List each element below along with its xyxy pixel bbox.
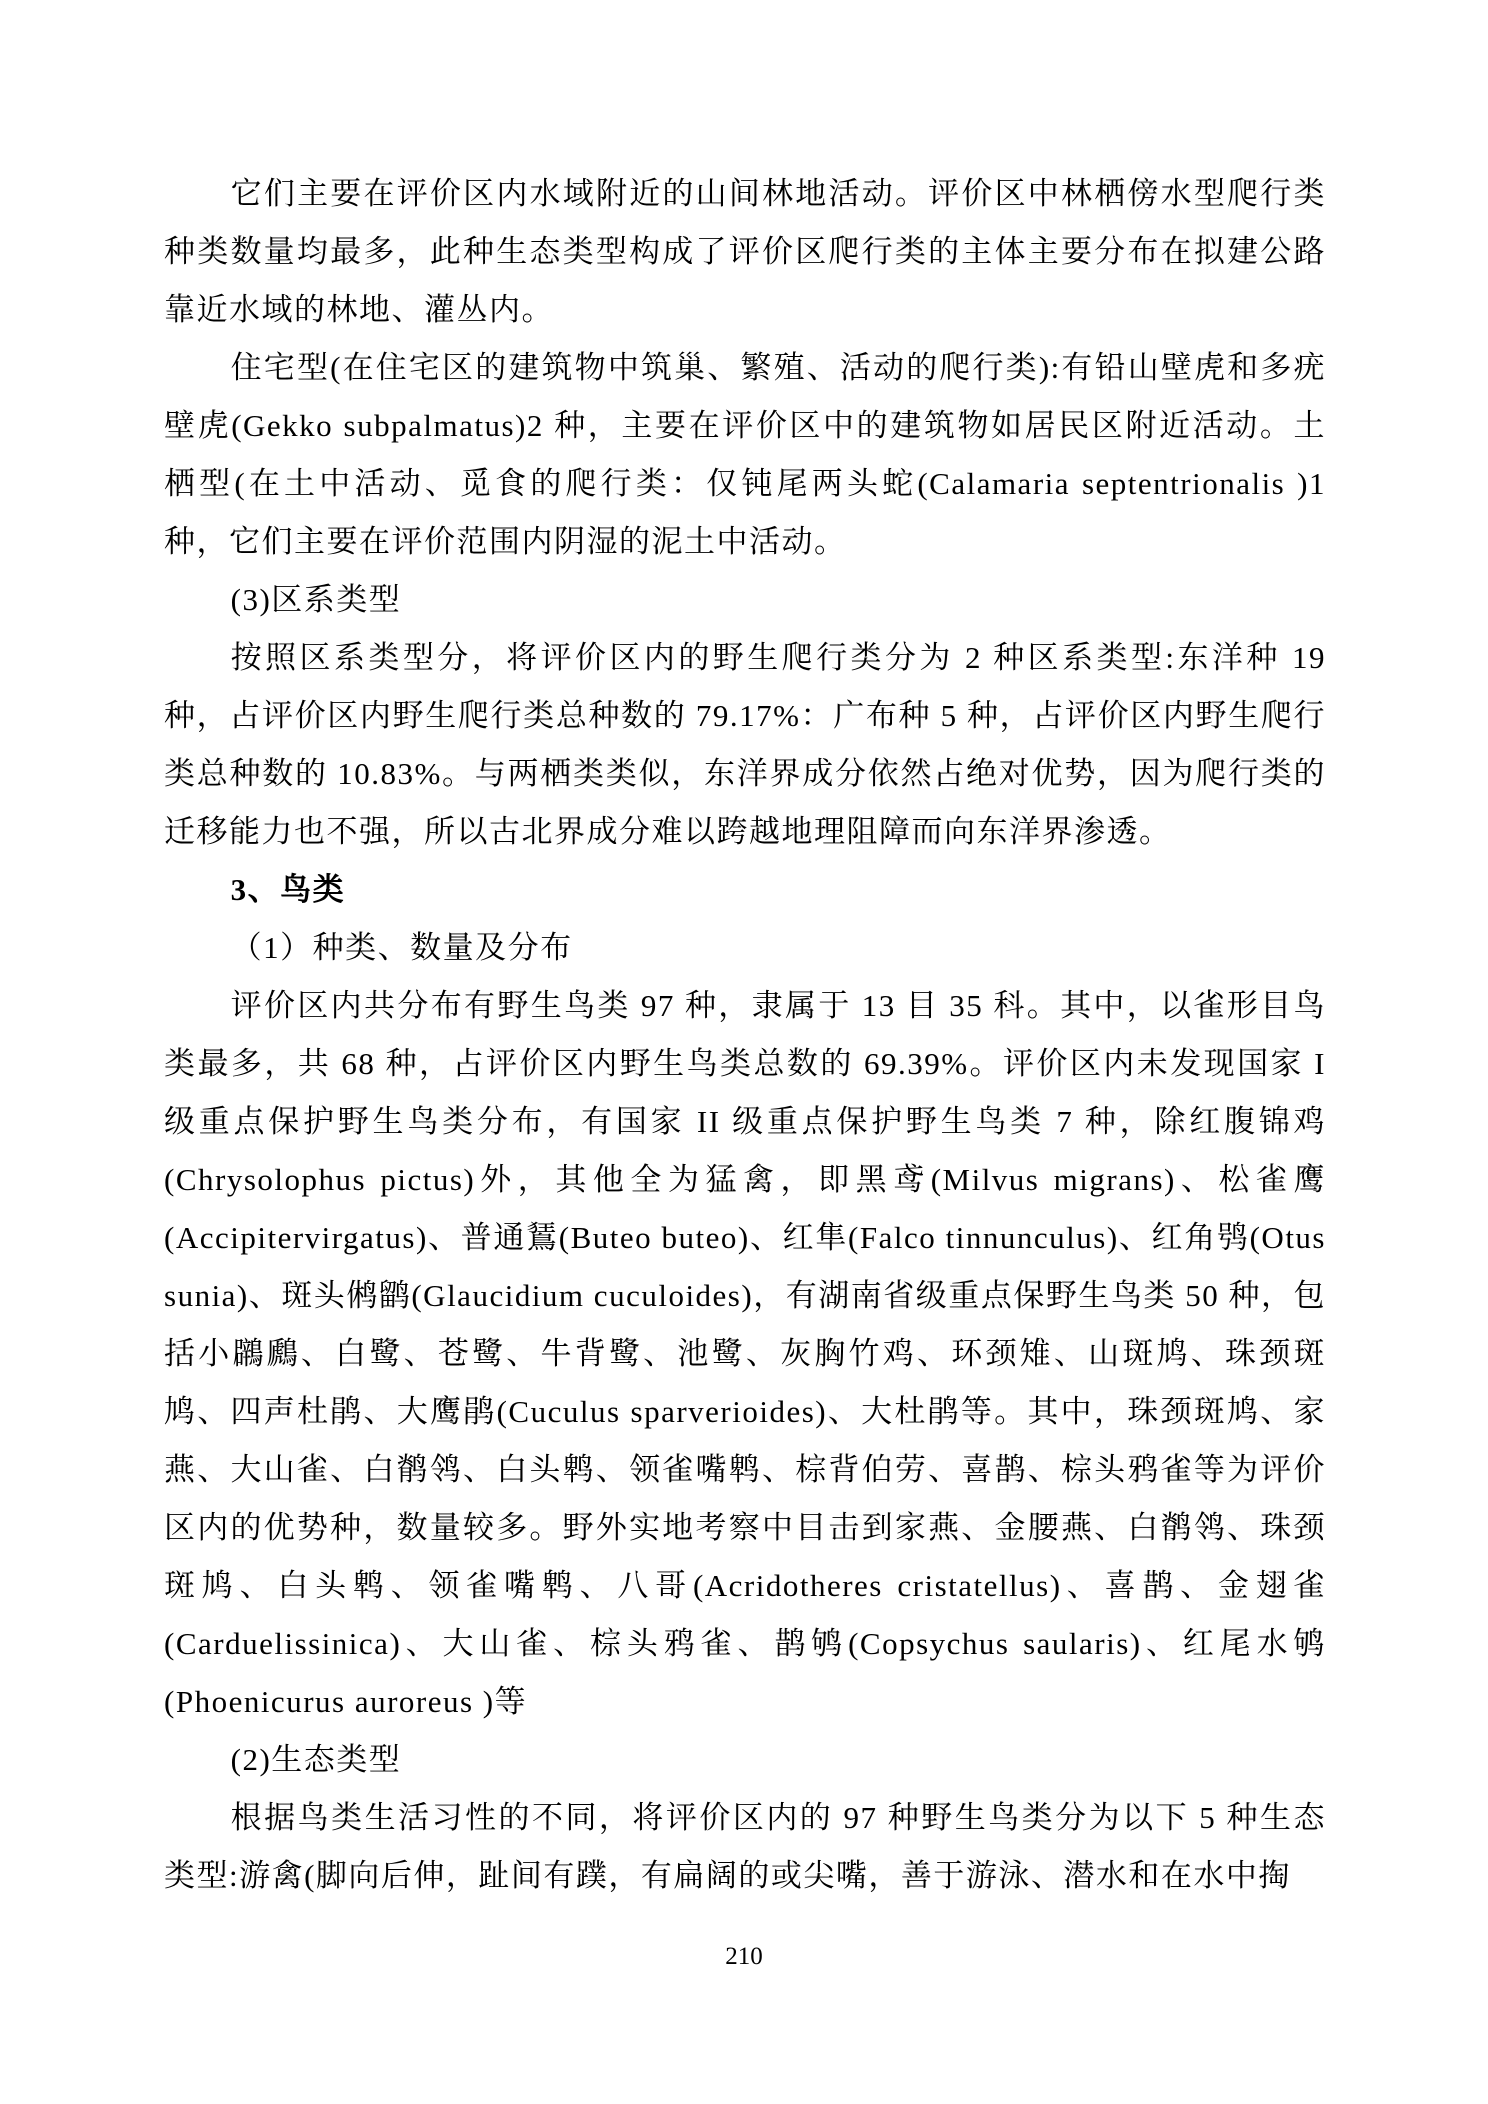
subheading-species-distribution: （1）种类、数量及分布	[164, 919, 1326, 977]
section-heading-birds: 3、鸟类	[164, 861, 1326, 919]
paragraph-bird-ecology: 根据鸟类生活习性的不同，将评价区内的 97 种野生鸟类分为以下 5 种生态类型:…	[164, 1789, 1326, 1905]
page-number: 210	[0, 1942, 1488, 1972]
body-text-block: 它们主要在评价区内水域附近的山间林地活动。评价区中林栖傍水型爬行类种类数量均最多…	[164, 165, 1326, 1905]
paragraph-bird-species: 评价区内共分布有野生鸟类 97 种，隶属于 13 目 35 科。其中，以雀形目鸟…	[164, 977, 1326, 1731]
paragraph-reptile-types: 住宅型(在住宅区的建筑物中筑巢、繁殖、活动的爬行类):有铅山壁虎和多疣壁虎(Ge…	[164, 339, 1326, 571]
paragraph-fauna-analysis: 按照区系类型分，将评价区内的野生爬行类分为 2 种区系类型:东洋种 19 种，占…	[164, 629, 1326, 861]
subheading-fauna-type: (3)区系类型	[164, 571, 1326, 629]
paragraph-reptile-habitat: 它们主要在评价区内水域附近的山间林地活动。评价区中林栖傍水型爬行类种类数量均最多…	[164, 165, 1326, 339]
subheading-ecological-type: (2)生态类型	[164, 1731, 1326, 1789]
document-page: 它们主要在评价区内水域附近的山间林地活动。评价区中林栖傍水型爬行类种类数量均最多…	[0, 0, 1488, 2104]
